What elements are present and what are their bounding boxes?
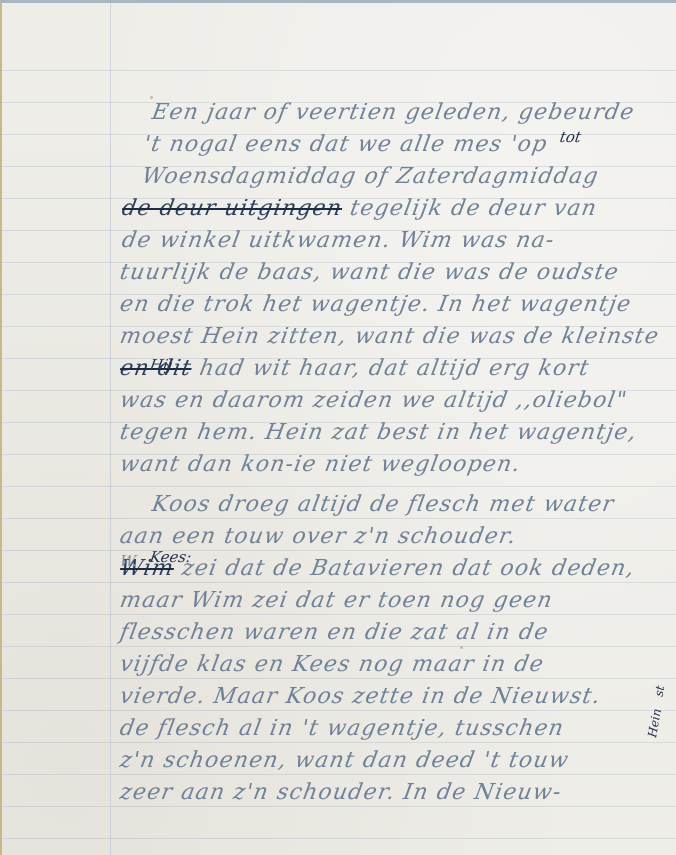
text-line: tuurlijk de baas, want die was de oudste [118, 260, 621, 285]
paper-page: Een jaar of veertien geleden, gebeurde '… [0, 0, 676, 855]
text-line: Een jaar of veertien geleden, gebeurde [150, 100, 637, 125]
text-line: vijfde klas en Kees nog maar in de [118, 652, 546, 677]
text-line: de deur uitgingen tegelijk de deur van [120, 196, 599, 221]
text-line: Koos droeg altijd de flesch met water [150, 492, 616, 517]
text-line: de winkel uitkwamen. Wim was na- [120, 228, 557, 253]
text-line: maar Wim zei dat er toen nog geen [118, 588, 555, 613]
text-line: z'n schoenen, want dan deed 't touw [118, 748, 571, 773]
text-line: tegen hem. Hein zat best in het wagentje… [118, 420, 639, 445]
text-line: Wim zei dat de Batavieren dat ook deden, [118, 556, 637, 581]
text-line: 't nogal eens dat we alle mes 'op [142, 132, 550, 157]
text-line: aan een touw over z'n schouder. [118, 524, 519, 549]
text-line: was en daarom zeiden we altijd ,,oliebol… [118, 388, 629, 413]
text-line: Woensdagmiddag of Zaterdagmiddag [140, 164, 601, 189]
text-line: flesschen waren en die zat al in de [118, 620, 551, 645]
text-line: vierde. Maar Koos zette in de Nieuwst. [118, 684, 603, 709]
text-line: en die trok het wagentje. In het wagentj… [118, 292, 634, 317]
inserted-correction: st [652, 684, 668, 697]
struck-text: de deur uitgingen [120, 196, 344, 221]
inserted-correction: Hij [148, 356, 174, 374]
handwritten-text: Een jaar of veertien geleden, gebeurde '… [0, 0, 676, 855]
text-line: de flesch al in 't wagentje, tusschen [118, 716, 566, 741]
text-line: moest Hein zitten, want die was de klein… [118, 324, 661, 349]
inserted-correction: Kees: [148, 548, 192, 566]
inserted-correction: tot [558, 128, 582, 146]
text-line: want dan kon-ie niet wegloopen. [118, 452, 523, 477]
text-line: zeer aan z'n schouder. In de Nieuw- [118, 780, 564, 805]
inserted-correction: Hein [645, 707, 664, 738]
inserted-correction: W. [118, 552, 139, 570]
text-line: en dit had wit haar, dat altijd erg kort [118, 356, 592, 381]
